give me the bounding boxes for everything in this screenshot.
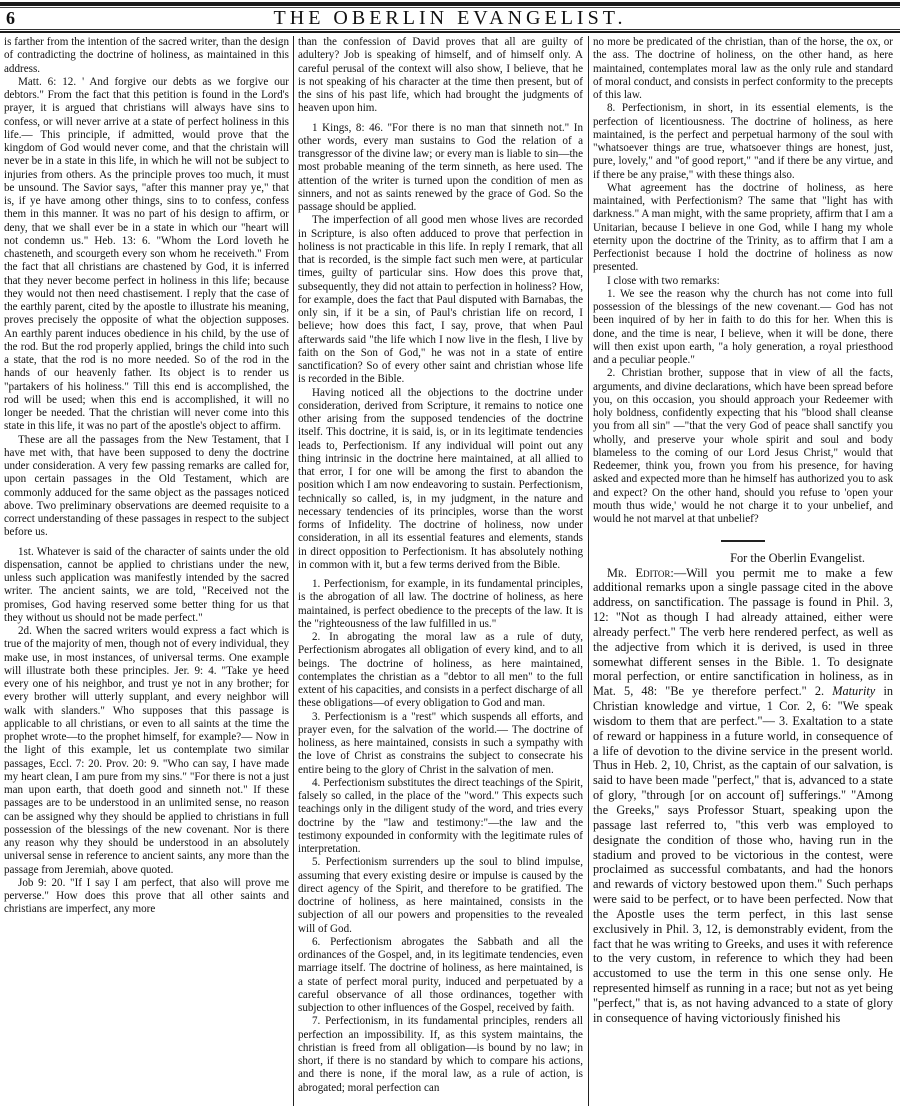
paper-title: THE OBERLIN EVANGELIST. (0, 7, 900, 29)
paragraph: Job 9: 20. "If I say I am perfect, that … (4, 877, 289, 917)
paragraph: Matt. 6: 12. ' And forgive our debts as … (4, 76, 289, 434)
masthead: THE OBERLIN EVANGELIST. 6 (0, 7, 900, 29)
paragraph: 2. In abrogating the moral law as a rule… (298, 631, 583, 711)
paragraph: 3. Perfectionism is a "rest" which suspe… (298, 711, 583, 777)
paragraph: 2. Christian brother, suppose that in vi… (593, 367, 893, 526)
paragraph: 1 Kings, 8: 46. "For there is no man tha… (298, 122, 583, 215)
paragraph: is farther from the intention of the sac… (4, 36, 289, 76)
column-divider (588, 36, 589, 1106)
paragraph: than the confession of David proves that… (298, 36, 583, 116)
paragraph: 2d. When the sacred writers would expres… (4, 625, 289, 877)
letter-text: in Christian knowledge and virtue, 1 Cor… (593, 684, 893, 1025)
masthead-rule (0, 29, 900, 30)
paragraph: no more be predicated of the christian, … (593, 36, 893, 102)
letter-text: —Will you permit me to make a few additi… (593, 566, 893, 699)
left-column: is farther from the intention of the sac… (4, 36, 289, 917)
paragraph: 1st. Whatever is said of the character o… (4, 546, 289, 626)
middle-column: than the confession of David proves that… (298, 36, 583, 1095)
paragraph: 6. Perfectionism abrogates the Sabbath a… (298, 936, 583, 1016)
paragraph: I close with two remarks: (593, 275, 893, 288)
letter-heading: For the Oberlin Evangelist. (593, 552, 893, 565)
paragraph: 8. Perfectionism, in short, in its essen… (593, 102, 893, 182)
paragraph: Having noticed all the objections to the… (298, 387, 583, 573)
letter-salutation: Mr. Editor: (607, 566, 674, 580)
newspaper-page: THE OBERLIN EVANGELIST. 6 is farther fro… (0, 0, 900, 1110)
paragraph: 1. Perfectionism, for example, in its fu… (298, 578, 583, 631)
right-column: no more be predicated of the christian, … (593, 36, 893, 1026)
paragraph: These are all the passages from the New … (4, 434, 289, 540)
article-columns: is farther from the intention of the sac… (0, 36, 900, 1110)
page-number: 6 (6, 8, 16, 29)
paragraph: 1. We see the reason why the church has … (593, 288, 893, 368)
paragraph: 5. Perfectionism surrenders up the soul … (298, 856, 583, 936)
paragraph: 7. Perfectionism, in its fundamental pri… (298, 1015, 583, 1095)
paragraph: 4. Perfectionism substitutes the direct … (298, 777, 583, 857)
paragraph: The imperfection of all good men whose l… (298, 214, 583, 386)
top-rule (0, 2, 900, 6)
article-separator (721, 540, 765, 542)
masthead-rule-thick (0, 31, 900, 33)
paragraph: What agreement has the doctrine of holin… (593, 182, 893, 275)
letter-italic-word: Maturity (832, 684, 875, 698)
letter-body: Mr. Editor:—Will you permit me to make a… (593, 566, 893, 1026)
column-divider (293, 36, 294, 1106)
